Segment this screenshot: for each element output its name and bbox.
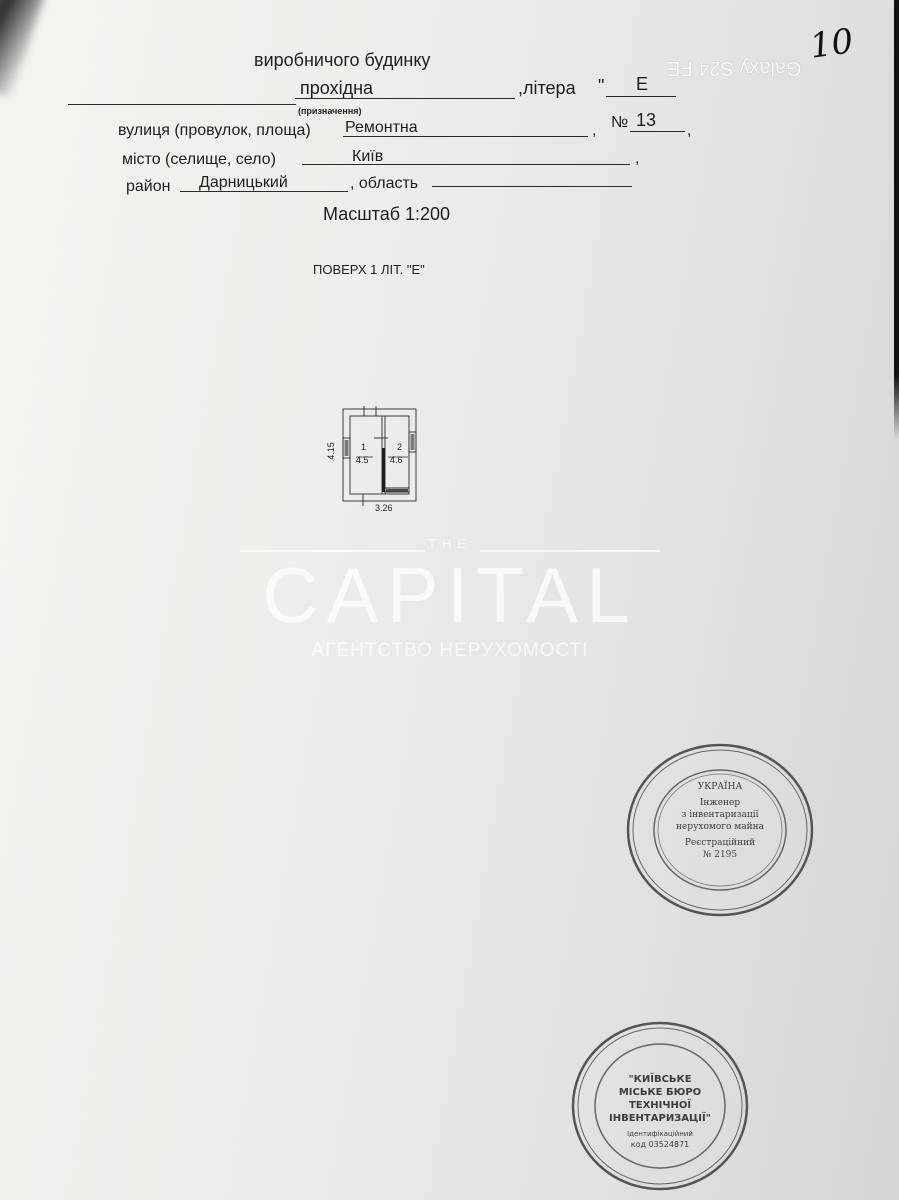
stamp-line: ТЕХНІЧНОЇ	[570, 1100, 750, 1111]
region-label: , область	[350, 175, 418, 193]
stamp-line: МІСЬКЕ БЮРО	[570, 1087, 750, 1098]
letter-underline	[606, 96, 676, 97]
room-1-number: 1	[361, 442, 366, 452]
stamp-line: з інвентаризації	[625, 810, 815, 820]
city-underline	[302, 164, 630, 165]
stamp-line: УКРАЇНА	[625, 782, 815, 792]
handwritten-page-number: 10	[807, 21, 855, 67]
district-label: район	[126, 178, 170, 196]
room-2-number: 2	[397, 442, 402, 452]
stamp-line: "КИЇВСЬКЕ	[570, 1074, 750, 1085]
number-underline	[630, 131, 685, 132]
engineer-stamp: УКРАЇНА Інженер з інвентаризації нерухом…	[625, 742, 815, 918]
city-comma: ,	[635, 150, 639, 168]
stamp-line: нерухомого майна	[625, 822, 815, 832]
camera-tag: Galaxy S24 FE	[667, 56, 802, 79]
number-label: №	[611, 114, 628, 132]
stamp-line: Ідентифікаційний	[570, 1130, 750, 1138]
stamp-line: код 03524871	[570, 1140, 750, 1149]
region-underline	[432, 186, 632, 187]
room-1-area: 4.5	[356, 455, 369, 465]
letter-label: ,літера	[518, 78, 576, 99]
floor-plan: 1 4.5 2 4.6 4.15 3.26	[330, 404, 430, 516]
city-label: місто (селище, село)	[122, 151, 276, 169]
page-edge	[894, 0, 899, 440]
stamp-line: Інженер	[625, 798, 815, 808]
street-label: вулиця (провулок, площа)	[118, 122, 311, 140]
scale-label: Масштаб 1:200	[323, 204, 450, 225]
purpose-underline	[295, 98, 515, 99]
bti-stamp: "КИЇВСЬКЕ МІСЬКЕ БЮРО ТЕХНІЧНОЇ ІНВЕНТАР…	[570, 1020, 750, 1192]
purpose-value: прохідна	[300, 78, 373, 99]
street-value: Ремонтна	[345, 119, 418, 137]
building-type: виробничого будинку	[254, 50, 430, 71]
agency-watermark: THE CAPITAL АГЕНТСТВО НЕРУХОМОСТІ	[235, 536, 665, 666]
letter-value: Е	[636, 74, 648, 95]
dim-width: 3.26	[375, 503, 393, 513]
watermark-sub: АГЕНТСТВО НЕРУХОМОСТІ	[235, 640, 665, 662]
watermark-main: CAPITAL	[235, 552, 665, 638]
watermark-the: THE	[235, 536, 665, 551]
scan-shadow	[0, 0, 45, 98]
purpose-caption: (призначення)	[298, 106, 362, 116]
street-underline	[343, 136, 588, 137]
stamp-line: ІНВЕНТАРИЗАЦІЇ"	[570, 1113, 750, 1124]
stamp-line: № 2195	[625, 850, 815, 860]
number-value: 13	[636, 110, 656, 131]
district-value: Дарницький	[199, 174, 288, 192]
street-comma: ,	[592, 122, 596, 140]
floor-title: ПОВЕРХ 1 ЛІТ. "Е"	[313, 262, 425, 277]
stamp-line: Реєстраційний	[625, 838, 815, 848]
floor-plan-drawing	[330, 404, 430, 516]
dim-height: 4.15	[326, 442, 336, 460]
room-2-area: 4.6	[390, 455, 403, 465]
district-underline	[180, 191, 348, 192]
letter-quote: "	[598, 76, 604, 97]
purpose-rule	[68, 104, 296, 105]
number-comma: ,	[687, 122, 691, 140]
